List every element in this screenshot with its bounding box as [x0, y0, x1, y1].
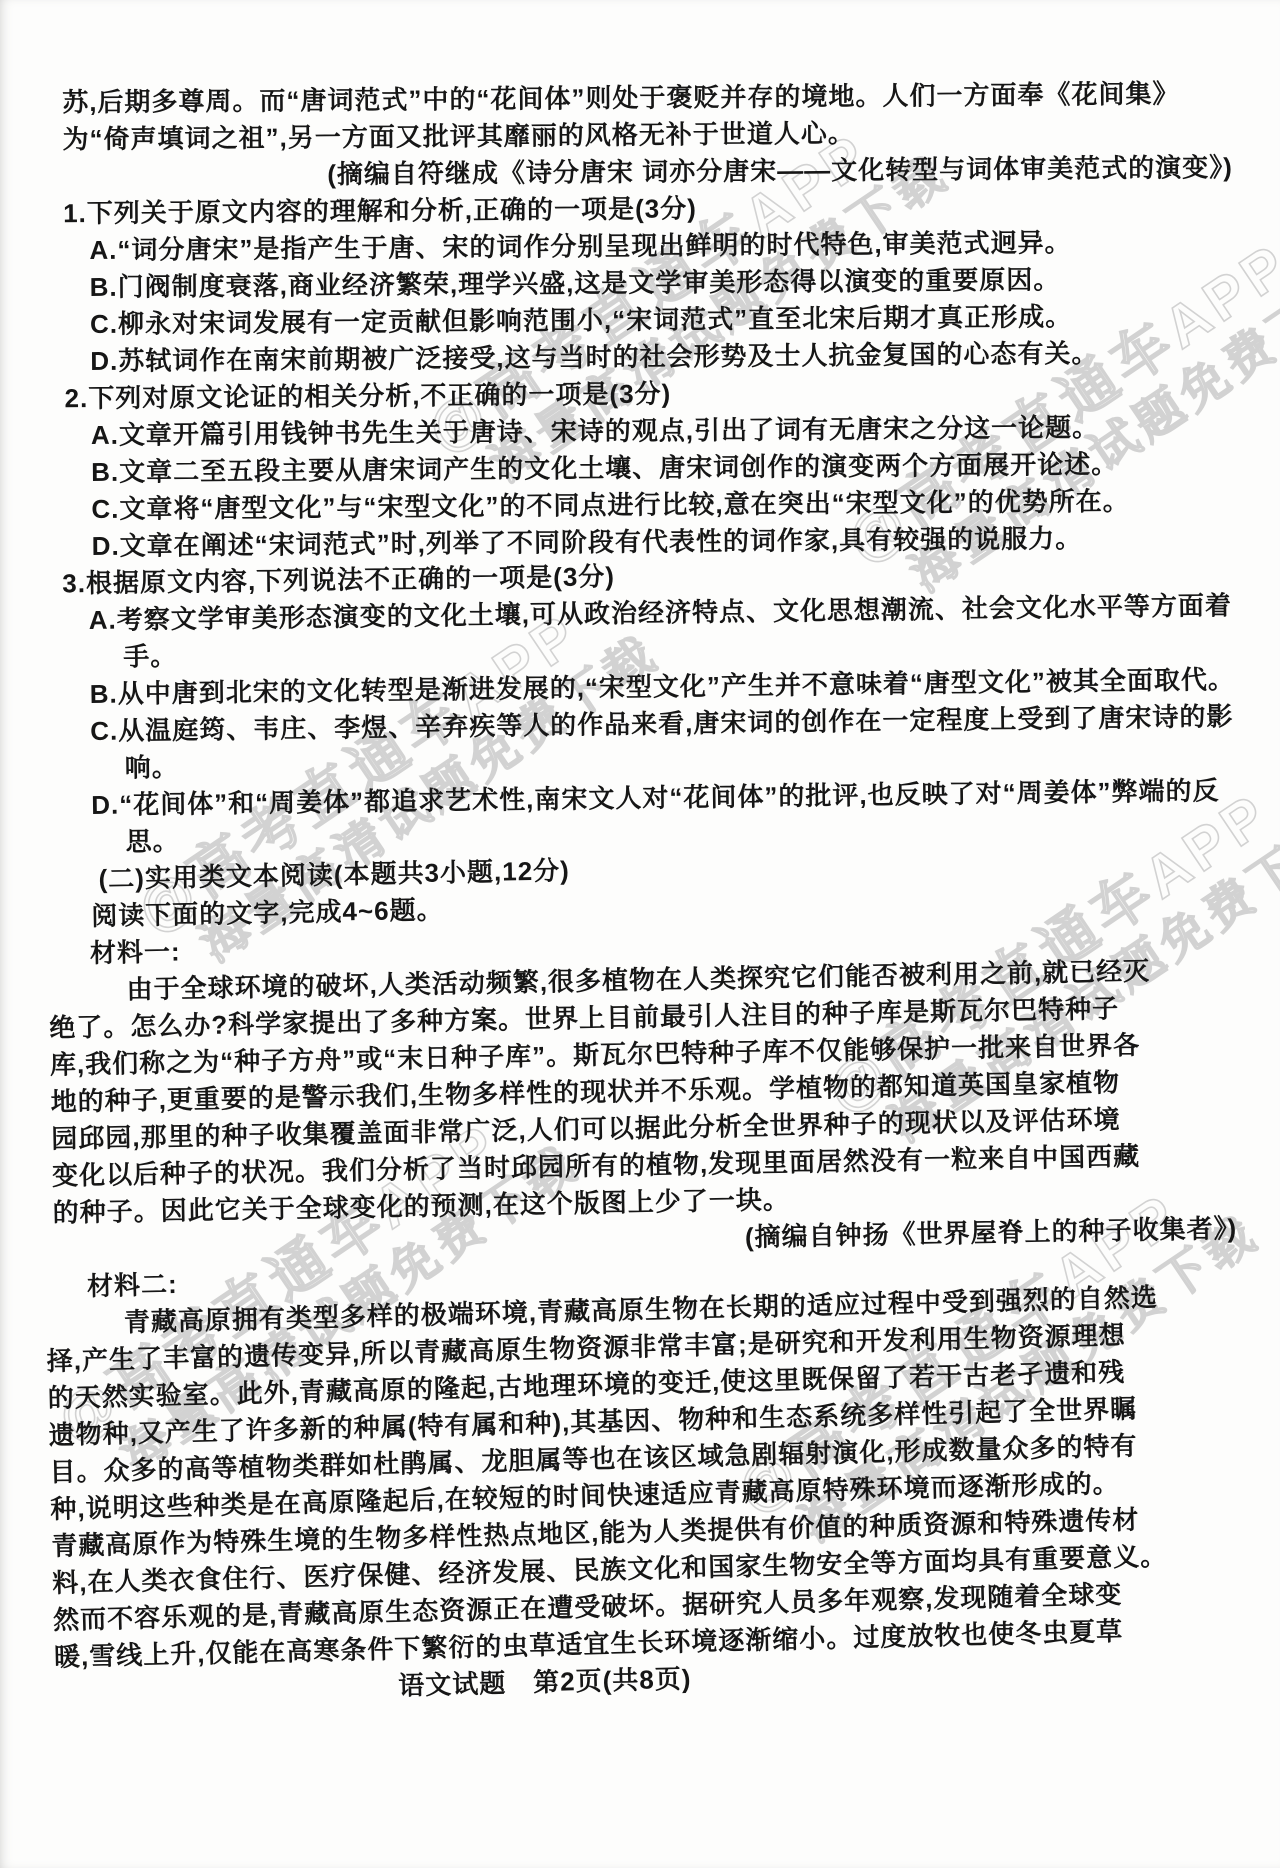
material-1: 材料一: 由于全球环境的破坏,人类活动频繁,很多植物在人类探究它们能否被利用之前…	[62, 914, 1240, 1268]
page-content: 苏,后期多尊周。而“唐词范式”中的“花间体”则处于褒贬并存的境地。人们一方面奉《…	[64, 84, 1236, 1712]
passage-tail-and-q1-q2: 苏,后期多尊周。而“唐词范式”中的“花间体”则处于褒贬并存的境地。人们一方面奉《…	[62, 75, 1238, 565]
question-3: 3.根据原文内容,下列说法不正确的一项是(3分) A.考察文学审美形态演变的文化…	[62, 550, 1238, 861]
question-2: 2.下列对原文论证的相关分析,不正确的一项是(3分) A.文章开篇引用钱钟书先生…	[64, 371, 1237, 565]
exam-paper-page: @高考直通车APP 海量高清试题免费下载 @高考直通车APP 海量高清试题免费下…	[0, 0, 1280, 1868]
question-1: 1.下列关于原文内容的理解和分析,正确的一项是(3分) A.“词分唐宋”是指产生…	[63, 186, 1236, 380]
section-2-part1: (二)实用类文本阅读(本题共3小题,12分) 阅读下面的文字,完成4~6题。 材…	[60, 840, 1239, 1268]
section-2-part2: 材料二: 青藏高原拥有类型多样的极端环境,青藏高原生物在长期的适应过程中受到强烈…	[59, 1240, 1241, 1713]
material-2: 材料二: 青藏高原拥有类型多样的极端环境,青藏高原生物在长期的适应过程中受到强烈…	[59, 1240, 1241, 1676]
